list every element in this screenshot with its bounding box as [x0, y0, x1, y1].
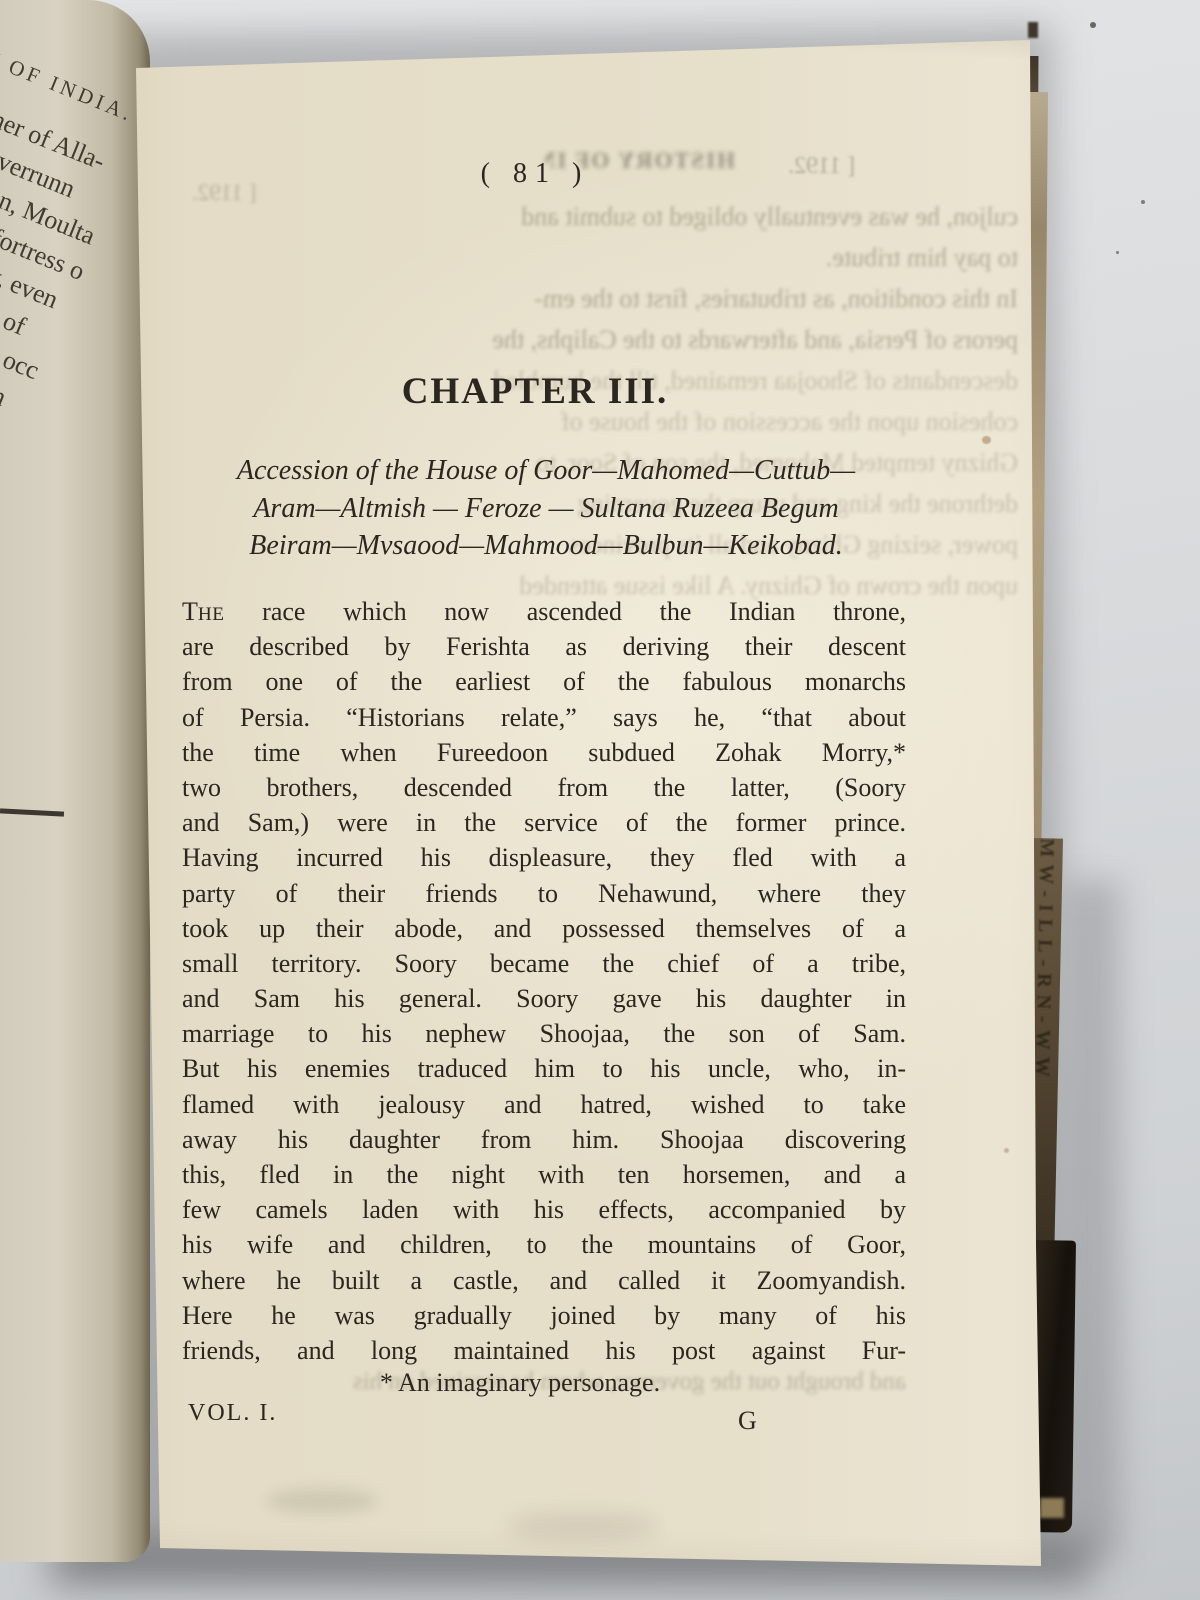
ghost-line: culjon, he was eventually obliged to sub…: [172, 196, 1018, 237]
body-line: are described by Ferishta as deriving th…: [182, 629, 906, 664]
paper-smudge: [266, 1488, 378, 1514]
ghost-line: In this condition, as tributaries, first…: [172, 278, 1018, 319]
body-line: party of their friends to Nehawund, wher…: [182, 876, 906, 911]
body-line: and Sam,) were in the service of the for…: [182, 805, 906, 840]
sub-line: Accession of the House of Goor—Mahomed—C…: [176, 452, 916, 490]
body-line: THE race which now ascended the Indian t…: [182, 594, 906, 629]
left-footnote-rule: [0, 808, 64, 816]
body-line: where he built a castle, and called it Z…: [182, 1263, 906, 1298]
body-line: his wife and children, to the mountains …: [182, 1227, 906, 1262]
body-line: marriage to his nephew Shoojaa, the son …: [182, 1016, 906, 1051]
book-right-shadow: [1066, 880, 1120, 1560]
body-line: But his enemies traduced him to his uncl…: [182, 1051, 906, 1086]
page-number: ( 81 ): [150, 158, 920, 190]
dust-speck: [1116, 251, 1119, 254]
body-line: from one of the earliest of the fabulous…: [182, 664, 906, 699]
dust-speck: [1090, 22, 1096, 28]
body-line: took up their abode, and possessed thems…: [182, 911, 906, 946]
body-line: two brothers, descended from the latter,…: [182, 770, 906, 805]
body-line: Having incurred his displeasure, they fl…: [182, 840, 906, 875]
sub-line: Beiram—Mvsaood—Mahmood—Bulbun—Keikobad.: [176, 527, 916, 565]
chapter-subtitle: Accession of the House of Goor—Mahomed—C…: [176, 452, 916, 565]
lead-small-caps: HE: [198, 604, 225, 625]
body-line: of Persia. “Historians relate,” says he,…: [182, 700, 906, 735]
signature-mark: G: [738, 1406, 757, 1436]
left-page-edge: RY OF INDIA. brother of Alla-India, over…: [0, 0, 150, 1562]
page-corner-fleck: [1028, 22, 1038, 38]
body-line: few camels laden with his effects, accom…: [182, 1192, 906, 1227]
left-page-text-lines: brother of Alla-India, overrunnfghanista…: [0, 79, 150, 511]
chapter-heading: CHAPTER III.: [150, 370, 920, 413]
body-text: THE race which now ascended the Indian t…: [182, 594, 906, 1368]
body-line: away his daughter from him. Shoojaa disc…: [182, 1122, 906, 1157]
dust-speck: [1141, 200, 1145, 204]
photo-of-antique-book: { "colors": { "background": "#d7d9db", "…: [0, 0, 1200, 1600]
ghost-line: to pay him tribute.: [172, 237, 1018, 278]
left-page-rotated-text: RY OF INDIA. brother of Alla-India, over…: [0, 34, 150, 511]
binding-wear-fleck: [1040, 1498, 1064, 1518]
volume-footer: VOL. I.: [188, 1400, 277, 1427]
body-line: the time when Fureedoon subdued Zohak Mo…: [182, 735, 906, 770]
body-line: this, fled in the night with ten horseme…: [182, 1157, 906, 1192]
body-line: flamed with jealousy and hatred, wished …: [182, 1087, 906, 1122]
paper-smudge: [508, 1512, 658, 1542]
foxing-spot: [1004, 1148, 1009, 1153]
foxing-spot: [982, 436, 991, 444]
body-line: friends, and long maintained his post ag…: [182, 1333, 906, 1368]
ghost-line: perors of Persia, and afterwards to the …: [172, 319, 1018, 360]
sub-line: Aram—Altmish — Feroze — Sultana Ruzeea B…: [176, 490, 916, 528]
body-line: and Sam his general. Soory gave his daug…: [182, 981, 906, 1016]
footnote: * An imaginary personage.: [170, 1368, 870, 1398]
body-line: Here he was gradually joined by many of …: [182, 1298, 906, 1333]
body-line: small territory. Soory became the chief …: [182, 946, 906, 981]
book-page-81: HISTORY OF INDIA. [ 1192. [ 1192. culjon…: [0, 0, 1200, 1600]
